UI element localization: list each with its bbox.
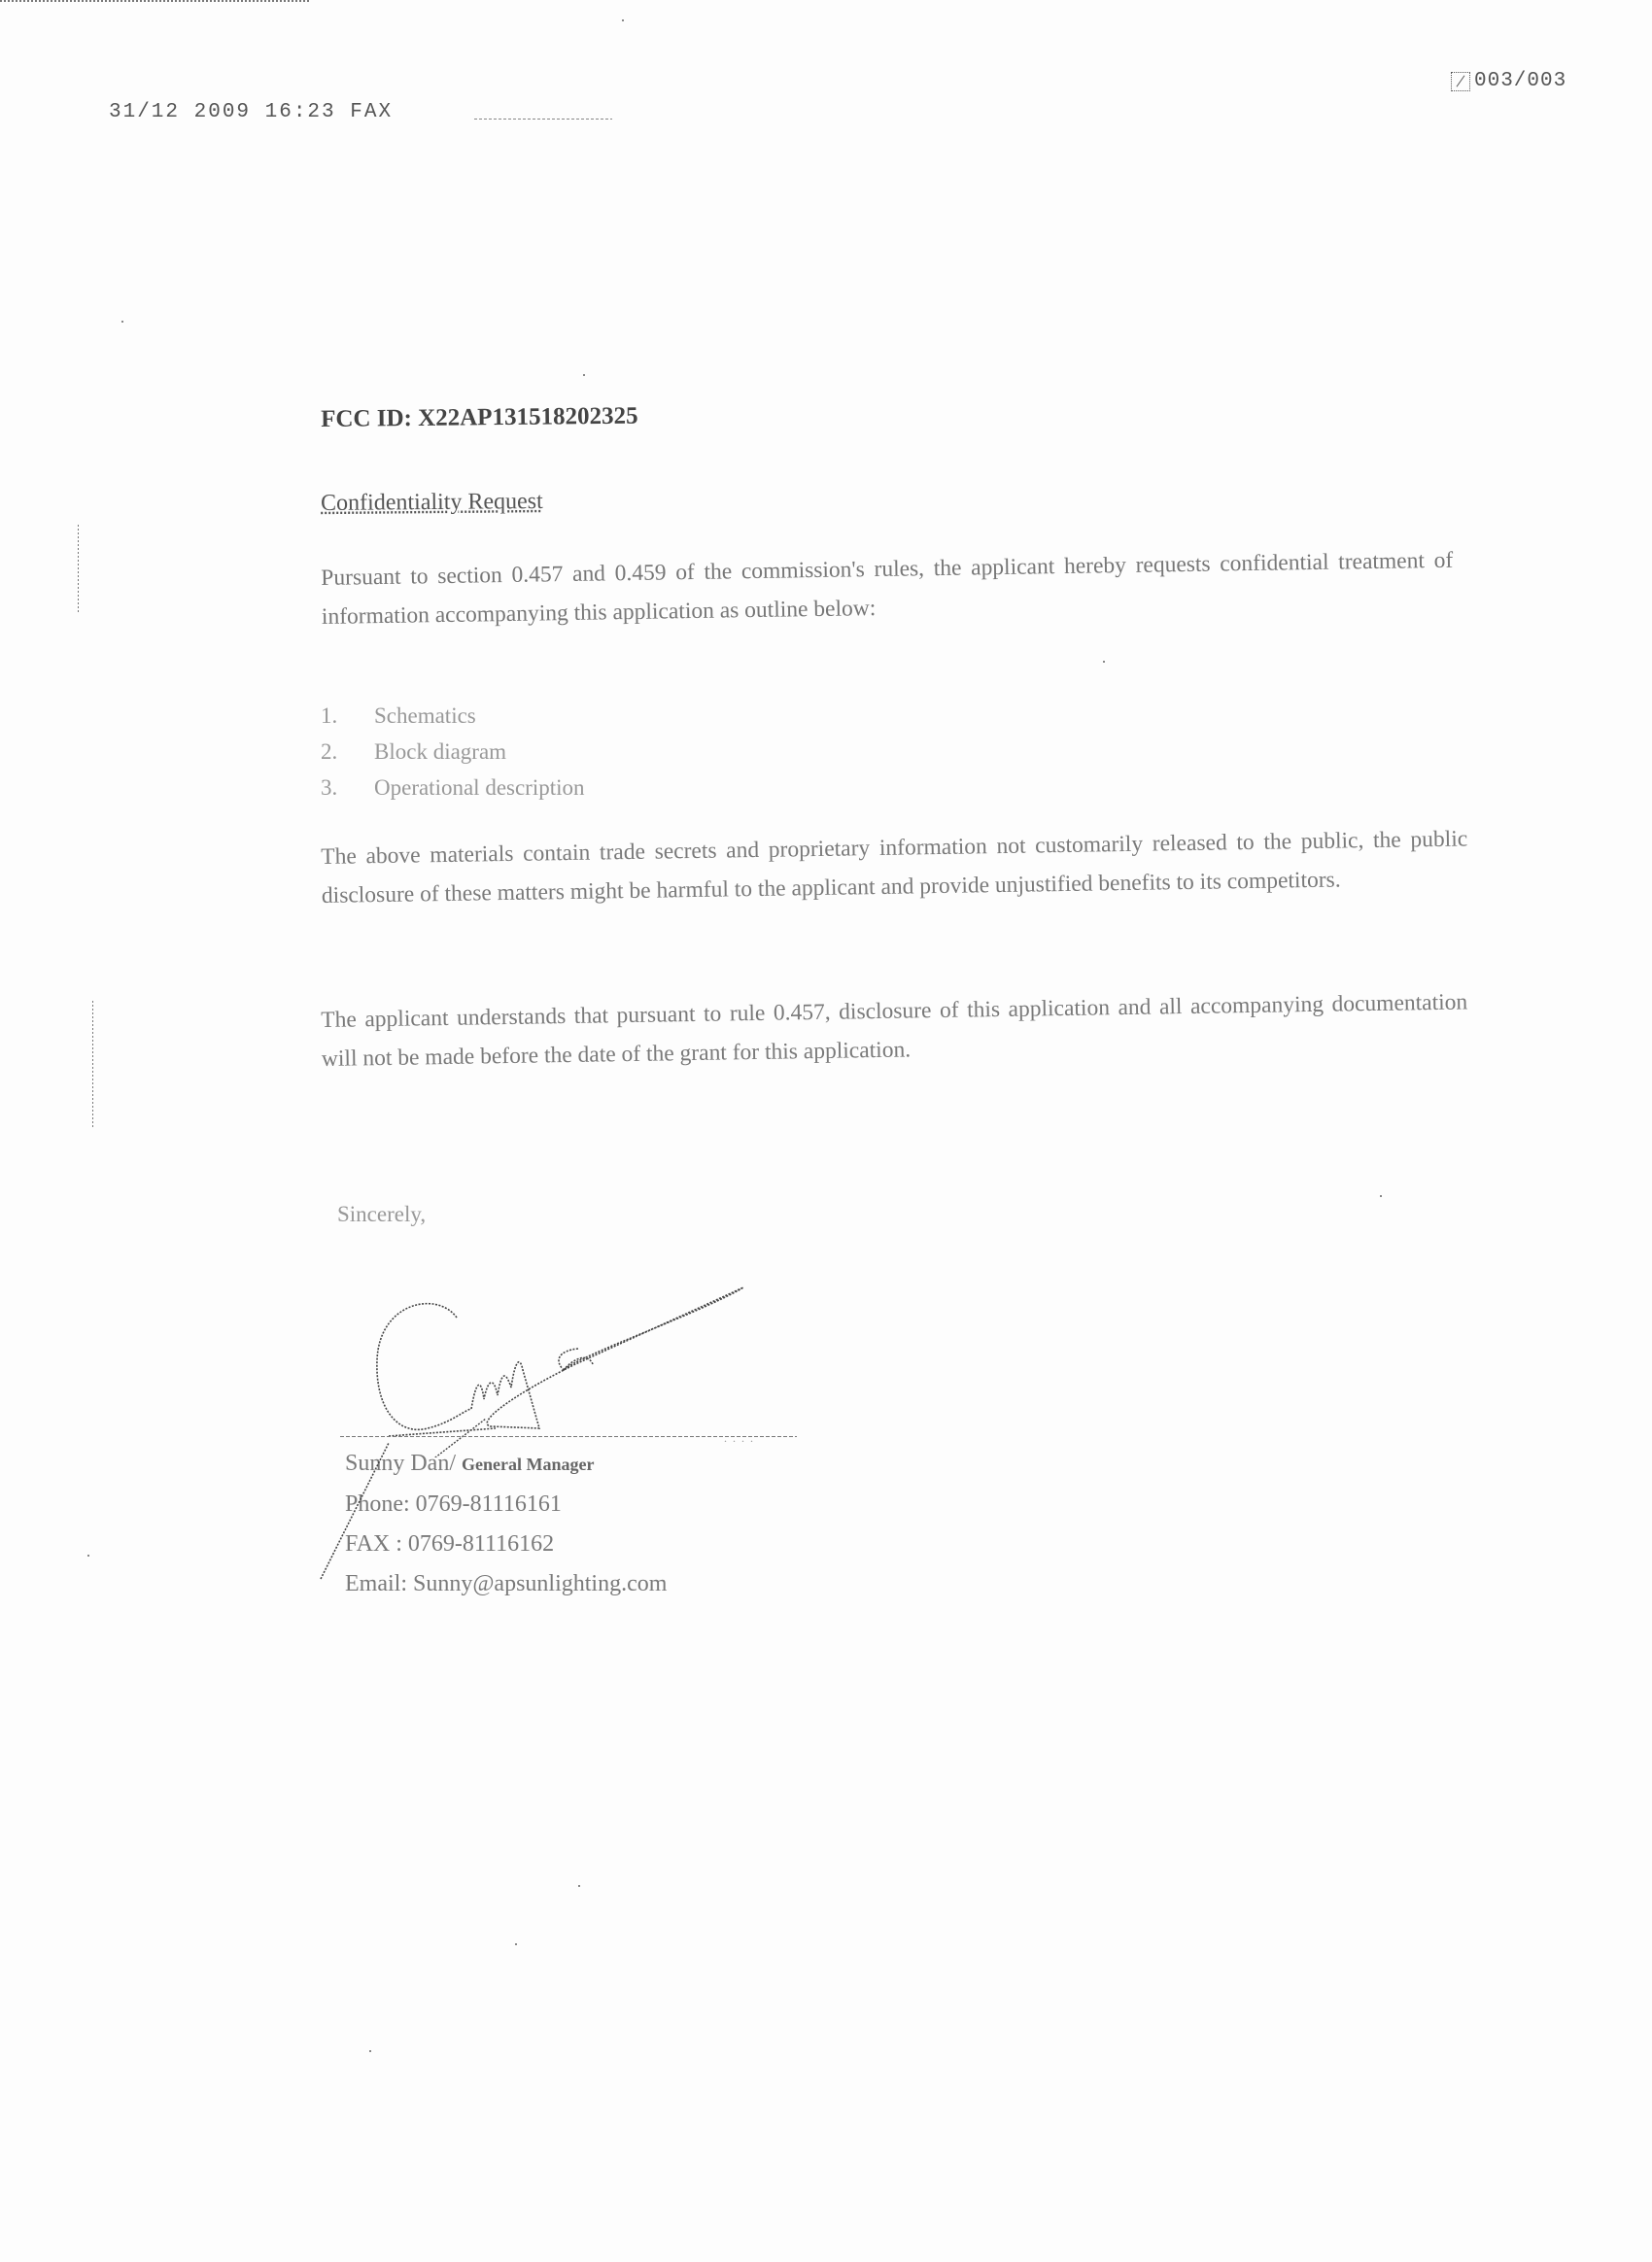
scan-speck: [1380, 1195, 1382, 1197]
scanned-page: 31/12 2009 16:23 FAX 003/003 FCC ID: X22…: [0, 0, 1652, 2262]
list-item: 3. Operational description: [321, 770, 1467, 805]
scan-speck: [583, 374, 585, 376]
disclosure-paragraph: The applicant understands that pursuant …: [321, 982, 1468, 1079]
fax-timestamp-header: 31/12 2009 16:23 FAX: [109, 101, 393, 123]
scan-speck: [515, 1943, 517, 1945]
scan-margin-mark: [78, 525, 79, 612]
scan-edge-line: [0, 0, 311, 2]
scan-speck: [87, 1555, 89, 1557]
scan-speck: [121, 321, 123, 323]
signature-stroke-tail: [316, 1438, 394, 1584]
scan-margin-mark: [92, 1001, 93, 1127]
list-item-label: Schematics: [374, 698, 476, 734]
scan-speck: [369, 2050, 371, 2052]
confidential-items-list: 1. Schematics 2. Block diagram 3. Operat…: [321, 698, 1467, 805]
list-item-number: 2.: [321, 734, 374, 770]
list-item-number: 1.: [321, 698, 374, 734]
list-item-label: Block diagram: [374, 734, 506, 770]
letter-title: Confidentiality Request: [321, 481, 1467, 517]
list-item-number: 3.: [321, 770, 374, 805]
closing: Sincerely,: [337, 1202, 426, 1227]
fax-header-rule: [474, 119, 612, 120]
intro-paragraph: Pursuant to section 0.457 and 0.459 of t…: [321, 541, 1454, 636]
page-count-text: 003/003: [1474, 70, 1566, 92]
fax-page-count: 003/003: [1451, 70, 1566, 92]
fcc-id: FCC ID: X22AP131518202325: [321, 394, 1467, 433]
signature-image: [360, 1263, 768, 1457]
scan-speck: [1103, 661, 1105, 663]
scan-speck: [622, 19, 624, 21]
trade-secrets-paragraph: The above materials contain trade secret…: [321, 819, 1468, 915]
signature-line-dots: ....: [724, 1431, 759, 1446]
scan-speck: [578, 1885, 580, 1887]
signatory-role: General Manager: [462, 1455, 594, 1474]
list-item: 1. Schematics: [321, 698, 1467, 734]
list-item-label: Operational description: [374, 770, 585, 805]
fax-page-icon: [1451, 72, 1470, 91]
list-item: 2. Block diagram: [321, 734, 1467, 770]
